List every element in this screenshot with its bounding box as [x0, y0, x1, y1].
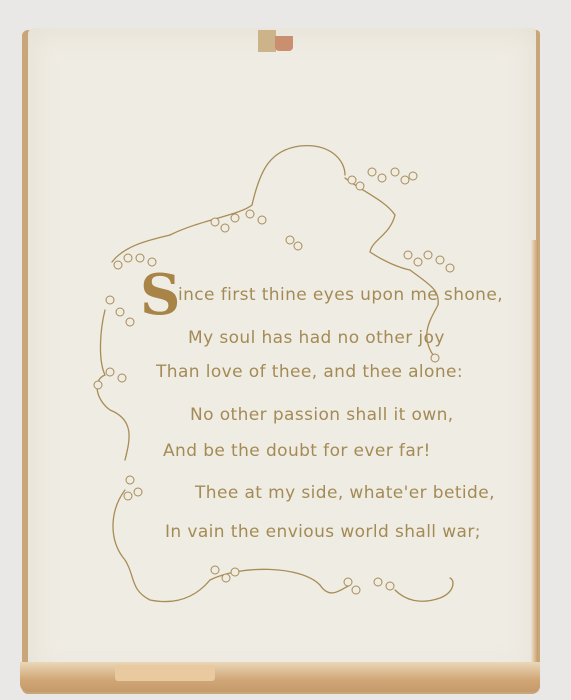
poem-line-7: In vain the envious world shall war;: [165, 522, 481, 542]
poem-line-6: Thee at my side, whate'er betide,: [195, 483, 495, 503]
poem-line-3: Than love of thee, and thee alone:: [156, 362, 463, 382]
poem-line-5: And be the doubt for ever far!: [163, 441, 431, 461]
poem: S ince first thine eyes upon me shone, M…: [0, 0, 571, 700]
poem-line-2: My soul has had no other joy: [188, 328, 445, 348]
poem-line-1: ince first thine eyes upon me shone,: [178, 285, 503, 305]
illuminated-initial: S: [140, 268, 178, 322]
poem-line-4: No other passion shall it own,: [190, 405, 454, 425]
